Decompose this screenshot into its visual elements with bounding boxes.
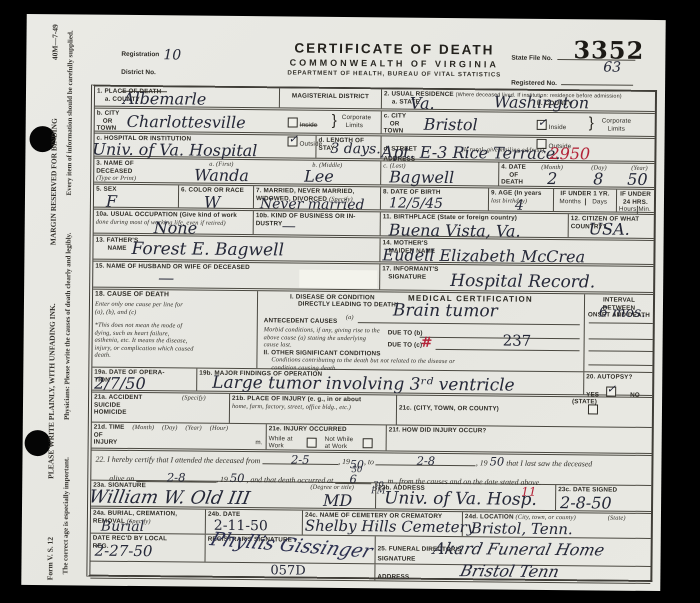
place-corporate-limits-group: Inside ✓Outside } Corporate Limits [280, 110, 382, 133]
race-value: W [204, 193, 221, 212]
field-industry: 10b. KIND OF BUSINESS OR IN- DUSTRY — [254, 211, 381, 235]
injury-f-label: 21f. HOW DID INJURY OCCUR? [389, 426, 650, 436]
place-brace: } [332, 112, 337, 129]
residence-city-value: Bristol [424, 115, 478, 135]
funeral-address-label: ADDRESS [377, 573, 409, 580]
first-name-value: Wanda [194, 166, 249, 186]
field-interval-column: INTERVAL BETWEEN ONSET AND DEATH 6 mos. [584, 294, 653, 372]
father-value: Forest E. Bagwell [131, 239, 284, 260]
dod-month-value: 2 [547, 169, 557, 188]
stay-value: 3 days. [330, 141, 380, 157]
residence-state-value: Va. [410, 94, 435, 113]
date-signed-value: 2-8-50 [560, 493, 612, 512]
antecedent-label: ANTECEDENT CAUSES [264, 317, 338, 325]
field-operation-findings: 19b. MAJOR FINDINGS OF OPERATION Large t… [197, 369, 584, 395]
funeral-director-value: Akard Funeral Home [432, 539, 607, 560]
field-race: 6. COLOR OR RACE W [179, 185, 254, 208]
certify-year2: 50 [488, 458, 507, 465]
field-burial-location: 24d. LOCATION (City, town, or county) (S… [463, 512, 651, 538]
injury-c-label: 21c. (CITY, TOWN, OR COUNTY) [399, 405, 499, 413]
occupation-value: None [154, 218, 198, 237]
field-accident-suicide-homicide: 21a. ACCIDENT SUICIDE HOMICIDE (Specify) [92, 393, 230, 423]
margin-age-note: The correct age is especially important. [61, 457, 70, 574]
field-date-of-death: 4. DATE OF DEATH (Month) (Day) (Year) 2 … [499, 162, 654, 186]
field-street-address: d. STREET (If rural, give mailing addres… [381, 136, 654, 161]
mother-value: Eudell Elizabeth McCrea [382, 245, 585, 266]
place-inside-checkbox [288, 117, 298, 127]
registered-no-label: Registered No. [511, 80, 557, 87]
autopsy-label: 20. AUTOPSY? [586, 373, 650, 381]
injury-d-label1: 21d. TIME [94, 424, 125, 431]
place-city-value: Charlottesville [127, 112, 246, 132]
degree-value: MD [323, 491, 352, 510]
cemetery-value: Shelby Hills Cemetery [305, 517, 476, 537]
district-number-value: 10 [163, 47, 181, 63]
field-registrar-code: 057D [90, 562, 375, 581]
field-usual-residence: 2. USUAL RESIDENCE (Where deceased lived… [382, 89, 655, 111]
street-value: Apt. E-3 Rice Terrace. [381, 142, 560, 163]
operation-date-value: 2/7/50 [94, 374, 146, 393]
date-recd-value: 2-27-50 [95, 542, 153, 561]
injury-d-hour: (Hour) [210, 425, 228, 432]
field-name-of-deceased: 3. NAME OF DECEASED (Type or Print) a. (… [94, 159, 381, 185]
residence-inside-checkbox: ✓ [537, 120, 547, 130]
department-line: DEPARTMENT OF HEALTH, BUREAU OF VITAL ST… [264, 69, 524, 78]
registrar-code-value: 057D [270, 563, 305, 578]
field-birthplace: 11. BIRTHPLACE (State or foreign country… [381, 212, 569, 237]
injury-c-state-label: (STATE) [572, 398, 597, 406]
citizen-value: USA. [589, 219, 630, 238]
under24-label: IF UNDER 24 HRS. [619, 191, 652, 206]
location-value: Bristol, Tenn. [471, 519, 573, 538]
location-state-label: (State) [608, 515, 626, 522]
field-if-under-24hrs: IF UNDER 24 HRS. Hours Min. [617, 190, 654, 212]
code-237-value: 237 [503, 332, 532, 350]
interval-a-value: 6 mos. [599, 304, 646, 320]
sex-value: F [106, 192, 117, 211]
injury-a-specify-label: (Specify) [182, 394, 206, 402]
under24-min-label: Min. [637, 206, 652, 214]
registered-no-value: 63 [603, 59, 621, 75]
field-cemetery-name: 24c. NAME OF CEMETERY OR CREMATORY Shelb… [303, 511, 463, 537]
industry-value: — [282, 218, 296, 234]
place-inside-label: Inside [300, 122, 318, 129]
field-spouse-name: 15. NAME OF HUSBAND OR WIFE OF DECEASED … [93, 262, 380, 290]
certificate-form-grid: 1. PLACE OF DEATH a. COUNTY Albemarle MA… [86, 85, 657, 582]
autopsy-yes-checkbox: ✓ [606, 387, 616, 397]
header-title-block: CERTIFICATE OF DEATH COMMONWEALTH OF VIR… [264, 40, 524, 78]
field-injury-city-state: 21c. (CITY, TOWN, OR COUNTY) (STATE) [397, 396, 652, 427]
while-at-work-checkbox [307, 437, 317, 447]
injury-d-month: (Month) [132, 424, 154, 431]
magisterial-district-label: MAGISTERIAL DISTRICT [282, 92, 379, 100]
scanned-death-certificate: { "margin": { "outer1": "Form V. S. 12",… [0, 0, 700, 603]
field-date-signed: 23c. DATE SIGNED 2-8-50 [556, 485, 651, 511]
due-to-c-red-mark: # [421, 335, 433, 351]
field-informant-signature: 17. INFORMANT'S SIGNATURE Hospital Recor… [380, 264, 653, 292]
not-while-at-work-checkbox [363, 438, 373, 448]
injury-e-label: 21e. INJURY OCCURRED [269, 425, 384, 434]
state-file-label: State File No. [511, 55, 552, 62]
margin-text-outer: Form V. S. 12 PLEASE WRITE PLAINLY, WITH… [45, 24, 59, 580]
age-value: 4 [515, 198, 524, 214]
injury-e-while2: Work [269, 442, 307, 450]
morbid-note: Morbid conditions, if any, giving rise t… [264, 326, 382, 350]
place-corporate-label: Corporate [342, 114, 371, 122]
certify-text3: , to [364, 457, 374, 466]
field-burial-type: 24a. BURIAL, CREMATION, REMOVAL (Specify… [91, 509, 206, 534]
field-medical-certification: I. DISEASE OR CONDITION DIRECTLY LEADING… [257, 291, 585, 371]
field-hospital: c. HOSPITAL OR INSTITUTION Univ. of Va. … [94, 134, 316, 158]
correction-patch [299, 270, 377, 289]
field-place-of-death-county: 1. PLACE OF DEATH a. COUNTY Albemarle [95, 87, 280, 108]
certificate-title: CERTIFICATE OF DEATH [264, 40, 524, 57]
field-injury-occurred: 21e. INJURY OCCURRED While at Work Not W… [267, 424, 387, 450]
field-degree: (Degree or title) MD [289, 482, 376, 508]
field-physician-signature: 23a. SIGNATURE William W. Old III [91, 481, 289, 508]
industry-label2: DUSTRY [256, 220, 378, 229]
field-father-name: 13. FATHER'S NAME Forest E. Bagwell [93, 236, 380, 262]
certify-text2: , 19 [338, 457, 350, 466]
certify-text5: that I last saw the deceased [506, 459, 592, 469]
form-number: Form V. S. 12 [45, 537, 54, 580]
margin-binding-note: MARGIN RESERVED FOR BINDING [49, 118, 59, 245]
district-label: District No. [121, 69, 156, 76]
under1-months-label: Months [556, 198, 586, 206]
injury-a-label3: HOMICIDE [94, 409, 227, 418]
due-to-b-label: DUE TO (b) [388, 329, 423, 337]
age-label1: 9. AGE (In years [491, 189, 551, 197]
margin-physicians-note: Physicians: Please write the causes of d… [63, 233, 73, 421]
hospital-value: Univ. of Va. Hospital [92, 140, 257, 161]
commonwealth-subtitle: COMMONWEALTH OF VIRGINIA [264, 57, 524, 69]
place-limits-label: Limits [346, 122, 371, 130]
county-value: Albemarle [123, 89, 207, 109]
field-length-of-stay: d. LENGTH OF STAY 3 days. [316, 136, 381, 159]
injury-b-label2: home, farm, factory, street, office bldg… [232, 402, 394, 411]
residence-brace: } [589, 114, 594, 131]
cause-note1: Enter only one cause per line for (a), (… [95, 301, 187, 317]
field-date-of-operation: 19a. DATE OF OPERA- TION 2/7/50 [92, 368, 197, 391]
under1-days-label: Days [585, 198, 614, 206]
file-number-block: State File No. 3352 Registered No. 63 [511, 47, 656, 91]
field-sex: 5. SEX F [94, 185, 179, 208]
field-residence-city: c. CITY OR TOWN Bristol ✓Inside Outside … [382, 111, 655, 136]
field-autopsy: 20. AUTOPSY? YES ✓ NO [584, 372, 652, 395]
field-if-under-1yr: IF UNDER 1 YR. Months Days [554, 189, 617, 212]
field-time-of-injury: 21d. TIME (Month) (Day) (Year) (Hour) OF… [92, 423, 267, 450]
cause-a-label: (a) [346, 314, 354, 322]
registration-label: Registration [121, 51, 159, 58]
margin-instruction-ink: PLEASE WRITE PLAINLY, WITH UNFADING INK. [46, 303, 57, 479]
funeral-address-value: Bristol Tenn [458, 561, 561, 581]
under24-hours-label: Hours [619, 206, 638, 214]
print-code: 40M—7-49 [50, 24, 59, 60]
physician-signature-value: William W. Old III [87, 487, 252, 510]
cause-note2: *This does not mean the mode of dying, s… [94, 322, 194, 361]
field-citizen: 12. CITIZEN OF WHAT COUNTRY? USA. [569, 214, 654, 238]
residence-limits-label: Limits [608, 125, 631, 133]
disease-label2: DIRECTLY LEADING TO DEATH* [298, 301, 408, 310]
field-physician-address: 23b. ADDRESS Univ. of Va. Hosp. 11 [376, 483, 556, 510]
field-last-name: c. (Last) Bagwell [381, 161, 499, 185]
certify-from-value: 2-5 [262, 456, 338, 465]
field-funeral-address: ADDRESS Bristol Tenn [375, 564, 650, 583]
field-how-injury-occurred: 21f. HOW DID INJURY OCCUR? [387, 425, 652, 453]
injury-d-year: (Year) [185, 424, 201, 431]
street-house-number-red: 2950 [549, 144, 590, 163]
field-cause-of-death-notes: 18. CAUSE OF DEATH Enter only one cause … [92, 290, 258, 369]
due-to-c-label: DUE TO (c) [388, 341, 423, 349]
last-name-value: Bagwell [389, 167, 454, 187]
sign-address-red-mark: 11 [521, 485, 536, 499]
field-marital-status: 7. MARRIED, NEVER MARRIED, WIDOWED, DIVO… [254, 186, 381, 209]
middle-name-value: Lee [304, 167, 334, 186]
spouse-value: — [158, 268, 174, 287]
field-magisterial-district: MAGISTERIAL DISTRICT [280, 88, 382, 108]
injury-e-not2: at Work [325, 443, 363, 451]
certificate-paper: Form V. S. 12 PLEASE WRITE PLAINLY, WITH… [21, 14, 665, 591]
residence-county-value: Washington [494, 92, 589, 112]
certify-text1: 22. I hereby certify that I attended the… [95, 455, 260, 466]
cause-label: 18. CAUSE OF DEATH [95, 291, 255, 301]
birthplace-value: Buena Vista, Va. [389, 220, 521, 240]
field-date-of-birth: 8. DATE OF BIRTH 12/5/45 [381, 187, 489, 210]
certify-to-value: 2-8 [376, 457, 476, 466]
injury-d-day: (Day) [162, 424, 178, 431]
field-date-received: DATE REC'D BY LOCAL REG. 2-27-50 [91, 534, 206, 562]
sign-address-value: Univ. of Va. Hosp. [384, 488, 537, 509]
cause-a-value: Brain tumor [393, 300, 498, 321]
field-occupation: 10a. USUAL OCCUPATION (Give kind of work… [94, 210, 254, 235]
certify-text4: , 19 [476, 458, 488, 467]
margin-text-inner: The correct age is especially important.… [61, 30, 74, 574]
injury-d-m-label: m. [255, 440, 262, 448]
margin-supply-note: Every item of information should be care… [65, 30, 75, 195]
informant-value: Hospital Record. [450, 271, 595, 292]
residence-corporate-label: Corporate [602, 117, 631, 125]
operation-findings-value: Large tumor involving 3ʳᵈ ventricle [212, 373, 515, 396]
field-place-city: b. CITY OR TOWN Charlottesville [95, 109, 280, 133]
injury-d-label3: INJURY [94, 439, 264, 448]
dob-value: 12/5/45 [389, 195, 443, 212]
dod-day-value: 8 [593, 169, 603, 188]
field-place-of-injury: 21b. PLACE OF INJURY (e. g., in or about… [230, 394, 397, 425]
dod-year-value: 50 [627, 170, 648, 189]
residence-inside-label: Inside [549, 124, 567, 131]
marital-value: Never married [260, 196, 365, 213]
field-age: 9. AGE (In years last birthday) 4 [489, 188, 554, 211]
burial-value: Burial [101, 519, 144, 535]
field-certify-statement: 22. I hereby certify that I attended the… [91, 451, 651, 485]
field-mother-name: 14. MOTHER'S MAIDEN NAME Eudell Elizabet… [380, 238, 653, 264]
